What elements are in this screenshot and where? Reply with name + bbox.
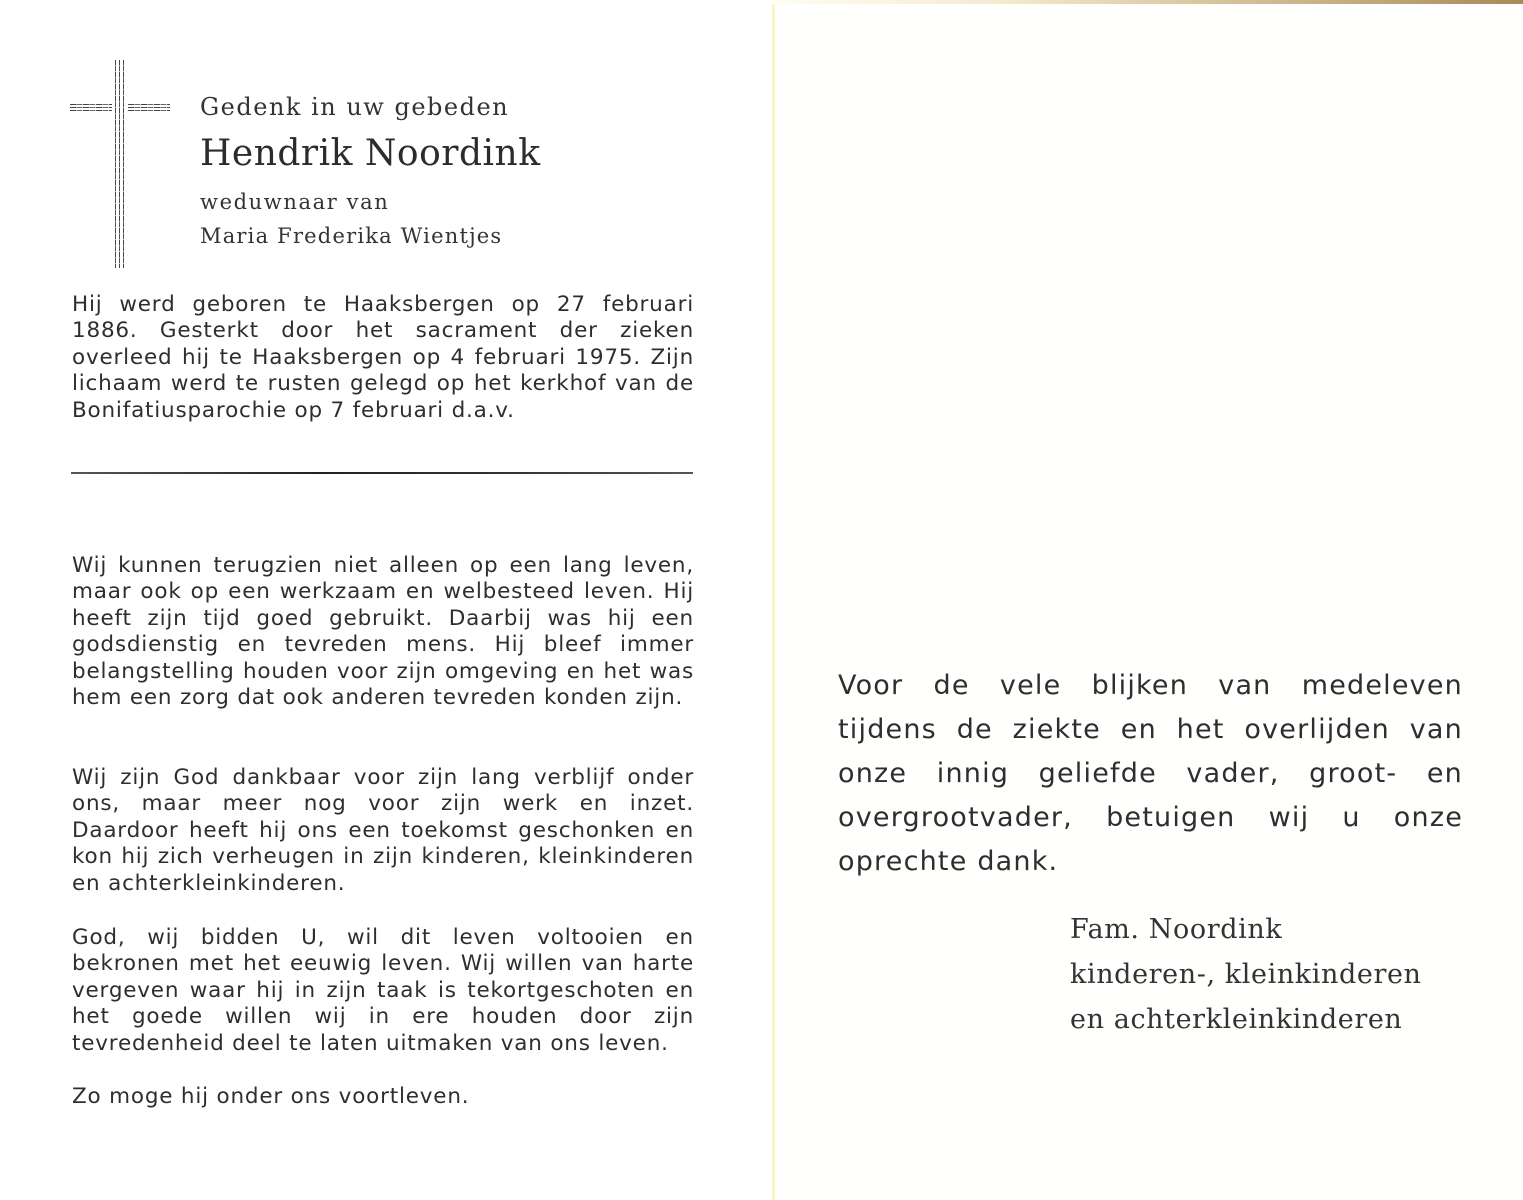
reflection-paragraph-1: Wij kunnen terugzien niet alleen op een … <box>72 553 694 711</box>
relation-label: weduwnaar van <box>200 186 541 218</box>
section-divider <box>71 472 693 474</box>
prayer-paragraph: God, wij bidden U, wil dit leven voltooi… <box>72 925 694 1057</box>
deceased-name: Hendrik Noordink <box>200 128 541 180</box>
card-top-edge <box>776 0 1523 4</box>
signature-line-greatgrandchildren: en achterkleinkinderen <box>1070 997 1422 1042</box>
biography-paragraph: Hij werd geboren te Haaksbergen op 27 fe… <box>72 292 694 424</box>
thanks-message: Voor de vele blijken van medeleven tijde… <box>838 664 1463 884</box>
family-signature: Fam. Noordink kinderen-, kleinkinderen e… <box>1070 907 1422 1042</box>
signature-line-children: kinderen-, kleinkinderen <box>1070 952 1422 997</box>
signature-line-family: Fam. Noordink <box>1070 907 1422 952</box>
memorial-heading: Gedenk in uw gebeden Hendrik Noordink we… <box>200 90 541 254</box>
spouse-name: Maria Frederika Wientjes <box>200 218 541 254</box>
closing-line: Zo moge hij onder ons voortleven. <box>72 1084 469 1109</box>
card-fold-edge <box>772 4 775 1200</box>
cross-icon <box>68 60 174 270</box>
prayer-greeting: Gedenk in uw gebeden <box>200 90 541 124</box>
reflection-paragraph-2: Wij zijn God dankbaar voor zijn lang ver… <box>72 765 694 897</box>
